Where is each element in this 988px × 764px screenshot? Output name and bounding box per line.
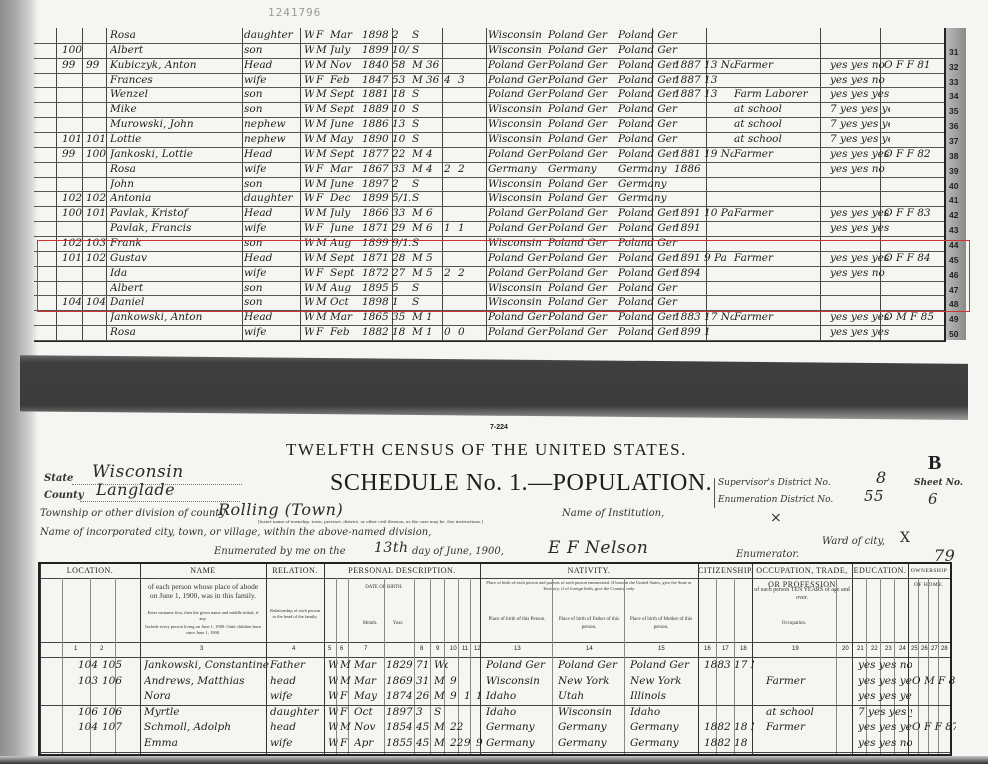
cell-age: 10/12	[392, 44, 410, 56]
cell-sex: M	[316, 207, 328, 219]
cell-immigration: 1886	[674, 163, 734, 175]
cell-relation: son	[244, 103, 298, 115]
column-number: 2	[100, 646, 103, 652]
cell-name: Andrews, Matthias	[144, 675, 274, 687]
cell-age: 29	[392, 222, 410, 234]
census-row: 100AlbertsonWMJuly189910/12SWisconsinPol…	[34, 43, 944, 59]
ward-value: X	[900, 530, 910, 546]
cell-year: 1866	[362, 207, 390, 219]
cell-mother-birthplace: Illinois	[630, 690, 700, 702]
cell-marital: S	[412, 192, 424, 204]
line-number: 39	[949, 166, 958, 176]
cell-year: 1899	[362, 192, 390, 204]
cell-month: June	[330, 118, 360, 130]
cell-occupation: at school	[734, 133, 824, 145]
header-location: LOCATION.	[40, 564, 140, 579]
line-number: 47	[949, 285, 958, 295]
cell-age: 2	[392, 29, 410, 41]
column-number: 21	[857, 646, 864, 652]
cell-year: 1855	[386, 737, 414, 749]
cell-home: O F F 87	[912, 721, 956, 733]
cell-marital: M	[412, 267, 424, 279]
line-number: 34	[949, 91, 958, 101]
cell-father-birthplace: Germany	[548, 163, 626, 175]
cell-relation: son	[244, 44, 298, 56]
cell-age: 22	[392, 148, 410, 160]
cell-relation: son	[244, 296, 298, 308]
cell-age: 18	[392, 326, 410, 338]
cell-color: W	[304, 29, 314, 41]
cell-relation: daughter	[244, 29, 298, 41]
cell-age: 31	[416, 675, 432, 687]
header-citizenship: CITIZENSHIP.	[698, 564, 752, 579]
cell-month: July	[330, 44, 360, 56]
supervisor-value: 8	[876, 468, 887, 487]
cell-color: W	[304, 74, 314, 86]
cell-literacy: yes yes yes	[858, 721, 912, 733]
census-row: 102103FranksonWMAug18999/12SWisconsinPol…	[34, 236, 944, 252]
cell-name: Albert	[110, 44, 240, 56]
cell-dwelling: 102	[62, 237, 82, 249]
cell-children-living: 2	[458, 163, 470, 175]
census-row: NorawifeWFMay187426M911IdahoUtahIllinois…	[40, 689, 950, 706]
census-document-page: 1241796 RosadaughterWFMar18982SWisconsin…	[0, 0, 988, 764]
line-number: 41	[949, 195, 958, 205]
month-label: Month.	[356, 620, 384, 628]
line-number: 42	[949, 210, 958, 220]
cell-literacy: yes yes no	[830, 74, 890, 86]
cell-name: Nora	[144, 690, 274, 702]
cell-color: W	[328, 659, 338, 671]
cell-children-living: 0	[458, 326, 470, 338]
cell-age: 5/12	[392, 192, 410, 204]
cell-month: Feb	[330, 326, 360, 338]
cell-occupation: Farmer	[734, 207, 824, 219]
column-number: 1	[74, 646, 77, 652]
cell-family: 104	[86, 296, 106, 308]
cell-sex: F	[316, 74, 328, 86]
cell-marital: M	[434, 675, 448, 687]
cell-sex: M	[316, 282, 328, 294]
cell-mother-birthplace: Poland Ger	[618, 29, 696, 41]
cell-month: May	[330, 133, 360, 145]
cell-year: 1898	[362, 296, 390, 308]
cell-sex: M	[316, 252, 328, 264]
cell-immigration: 1887 13	[674, 88, 734, 100]
cell-literacy: yes yes yes	[830, 222, 890, 234]
cell-children-living: 1	[458, 222, 470, 234]
line-number: 50	[949, 329, 958, 339]
line-number: 31	[949, 47, 958, 57]
cell-age: 28	[392, 252, 410, 264]
cell-sex: M	[316, 59, 328, 71]
cell-color: W	[304, 252, 314, 264]
cell-relation: wife	[270, 690, 326, 702]
cell-year: 1899	[362, 237, 390, 249]
cell-sex: F	[340, 706, 352, 718]
cell-month: Sept	[330, 267, 360, 279]
cell-literacy: yes yes no	[830, 163, 890, 175]
cell-age: 27	[392, 267, 410, 279]
cell-age: 9/12	[392, 237, 410, 249]
cell-dwelling: 102	[62, 192, 82, 204]
column-number: 5	[328, 646, 331, 652]
cell-year: 1871	[362, 222, 390, 234]
cell-month: Sept	[330, 88, 360, 100]
cell-year: 1897	[386, 706, 414, 718]
cell-father-birthplace: Poland Ger	[548, 44, 626, 56]
cell-yrs-married: 22	[450, 721, 464, 733]
cell-home: O F F 82	[884, 148, 944, 160]
cell-home: O F F 84	[884, 252, 944, 264]
enumerated-suffix: day of June, 1900,	[412, 546, 504, 557]
cell-month: Nov	[354, 721, 384, 733]
cell-name: Mike	[110, 103, 240, 115]
line-number-strip: 3132333435363738394041424344454647484950	[946, 28, 966, 340]
cell-name: Rosa	[110, 163, 240, 175]
cell-month: Aug	[330, 237, 360, 249]
cell-year: 1865	[362, 311, 390, 323]
census-row: 104104DanielsonWMOct18981SWisconsinPolan…	[34, 295, 944, 311]
cell-year: 1890	[362, 133, 390, 145]
cell-marital: S	[412, 118, 424, 130]
cell-sex: M	[316, 148, 328, 160]
cell-sex: F	[316, 326, 328, 338]
cell-immigration: 1899 1	[674, 326, 734, 338]
cell-relation: daughter	[270, 706, 326, 718]
cell-age: 26	[416, 690, 432, 702]
schedule-title: SCHEDULE No. 1.—POPULATION.	[330, 470, 712, 497]
cell-year: 1867	[362, 163, 390, 175]
cell-occupation: at school	[734, 103, 824, 115]
cell-color: W	[304, 163, 314, 175]
cell-year: 1869	[386, 675, 414, 687]
cell-yrs-married: 4	[426, 148, 440, 160]
cell-father-birthplace: Poland Ger	[548, 133, 626, 145]
cell-immigration: 1894	[674, 267, 734, 279]
cell-marital: S	[412, 178, 424, 190]
cell-color: W	[304, 103, 314, 115]
cell-marital: M	[412, 59, 424, 71]
cell-yrs-married: 4	[426, 163, 440, 175]
cell-year: 1889	[362, 103, 390, 115]
cell-name: Pavlak, Kristof	[110, 207, 240, 219]
cell-relation: wife	[244, 326, 298, 338]
cell-color: W	[304, 59, 314, 71]
cell-relation: son	[244, 178, 298, 190]
cell-children-born: 2	[444, 163, 456, 175]
cell-month: Mar	[330, 163, 360, 175]
cell-birthplace: Wisconsin	[486, 675, 556, 687]
cell-marital: M	[412, 207, 424, 219]
cell-dwelling: 99	[62, 148, 82, 160]
township-note: [Insert name of township, town, precinct…	[258, 519, 483, 524]
cell-father-birthplace: Poland Ger	[548, 311, 626, 323]
cell-dwelling: 99	[62, 59, 82, 71]
cell-literacy: yes yes no	[858, 737, 912, 749]
cell-sex: M	[316, 296, 328, 308]
census-row: 104107Schmoll, AdolphheadWMNov185445M22G…	[40, 720, 950, 736]
cell-family: 107	[102, 721, 126, 733]
header-name: NAME	[140, 564, 266, 579]
cell-name: Jankowski, Anton	[110, 311, 240, 323]
cell-relation: son	[244, 282, 298, 294]
cell-family: 105	[102, 659, 126, 671]
cell-father-birthplace: Poland Ger	[548, 74, 626, 86]
cell-yrs-married: 9	[450, 690, 464, 702]
cell-sex: M	[316, 44, 328, 56]
cell-occupation: Farmer	[766, 721, 846, 733]
cell-marital: M	[434, 690, 448, 702]
cell-age: 10	[392, 103, 410, 115]
cell-immigration: 1882 18	[704, 737, 754, 749]
cell-family: 102	[86, 192, 106, 204]
cell-color: W	[328, 721, 338, 733]
stamp-number: 1241796	[268, 6, 321, 19]
cell-father-birthplace: Utah	[558, 690, 628, 702]
cell-name: Albert	[110, 282, 240, 294]
cell-family: 103	[86, 237, 106, 249]
cell-children-born: 1	[444, 222, 456, 234]
cell-children-born: 1	[464, 690, 476, 702]
cell-age: 33	[392, 207, 410, 219]
column-number: 17	[722, 646, 729, 652]
cell-mother-birthplace: Poland Ger	[618, 103, 696, 115]
census-row: RosawifeWFMar186733M422GermanyGermanyGer…	[34, 162, 944, 178]
cell-color: W	[304, 326, 314, 338]
cell-birthplace: Idaho	[486, 690, 556, 702]
cell-sex: M	[316, 118, 328, 130]
cell-marital: M	[412, 163, 424, 175]
cell-home: O M F 86	[912, 675, 956, 687]
cell-father-birthplace: Poland Ger	[548, 103, 626, 115]
cell-mother-birthplace: Poland Ger	[630, 659, 700, 671]
column-number: 20	[842, 646, 849, 652]
cell-month: Mar	[330, 29, 360, 41]
line-number: 48	[949, 299, 958, 309]
county-value: Langlade	[96, 480, 175, 499]
cell-age: 35	[392, 311, 410, 323]
cell-color: W	[304, 311, 314, 323]
line-number: 40	[949, 181, 958, 191]
cell-yrs-married: 6	[426, 207, 440, 219]
cell-marital: M	[434, 721, 448, 733]
cell-family: 100	[86, 148, 106, 160]
cell-sex: M	[340, 721, 352, 733]
enumeration-value: 55	[864, 487, 884, 505]
cell-occupation: Farmer	[734, 252, 824, 264]
cell-literacy: 7 yes yes yes	[858, 706, 912, 718]
cell-literacy: 7 yes yes yes	[830, 118, 890, 130]
name-instruction-2: Include every person living on June 1, 1…	[144, 624, 262, 636]
name-instruction-1: Enter surname first, then the given name…	[144, 610, 262, 622]
lower-sheet-table: LOCATION. NAME RELATION. PERSONAL DESCRI…	[38, 562, 952, 756]
cell-marital: M	[412, 311, 424, 323]
header-ownership: OWNERSHIP OF HOME.	[908, 564, 950, 579]
cell-birthplace: Germany	[486, 737, 556, 749]
cell-month: Mar	[330, 311, 360, 323]
cell-father-birthplace: Poland Ger	[548, 222, 626, 234]
cell-relation: Father	[270, 659, 326, 671]
cell-literacy: yes yes no	[830, 59, 890, 71]
cell-name: Schmoll, Adolph	[144, 721, 274, 733]
cell-relation: Head	[244, 59, 298, 71]
column-number: 3	[200, 646, 203, 652]
cell-name: Emma	[144, 737, 274, 749]
cell-marital: S	[412, 237, 424, 249]
cell-color: W	[304, 118, 314, 130]
cell-year: 1874	[386, 690, 414, 702]
cell-family: 102	[86, 252, 106, 264]
cell-family: 101	[86, 207, 106, 219]
cell-dwelling: 100	[62, 207, 82, 219]
cell-father-birthplace: Poland Ger	[548, 118, 626, 130]
cell-family: 106	[102, 675, 126, 687]
census-row: Pavlak, FranciswifeWFJune187129M611Polan…	[34, 221, 944, 237]
name-description: of each person whose place of abode on J…	[144, 582, 262, 600]
cell-name: Gustav	[110, 252, 240, 264]
institution-label: Name of Institution,	[562, 508, 664, 519]
cell-color: W	[304, 296, 314, 308]
birth-mother-label: Place of birth of Mother of this person.	[628, 616, 694, 632]
census-row: 99100Jankoski, LottieHeadWMSept187722M4P…	[34, 147, 944, 163]
cell-month: July	[330, 207, 360, 219]
cell-sex: F	[340, 690, 352, 702]
cell-occupation: at school	[766, 706, 846, 718]
cell-relation: Head	[244, 252, 298, 264]
cell-color: W	[328, 690, 338, 702]
line-number: 35	[949, 106, 958, 116]
cell-age: 5	[392, 282, 410, 294]
cell-month: Mar	[354, 675, 384, 687]
census-row: 101101LottienephewWMMay189010SWisconsinP…	[34, 132, 944, 148]
upper-sheet-table: RosadaughterWFMar18982SWisconsinPoland G…	[34, 28, 946, 342]
city-label: Name of incorporated city, town, or vill…	[40, 527, 431, 538]
cross-mark: ×	[770, 510, 782, 526]
cell-mother-birthplace: Idaho	[630, 706, 700, 718]
column-number: 14	[586, 646, 593, 652]
sheet-label: Sheet No.	[914, 478, 963, 488]
cell-relation: son	[244, 88, 298, 100]
column-number: 6	[340, 646, 343, 652]
cell-color: W	[304, 237, 314, 249]
census-row: MikesonWMSept188910SWisconsinPoland GerP…	[34, 102, 944, 118]
cell-father-birthplace: Poland Ger	[548, 252, 626, 264]
cell-literacy: yes yes yes	[830, 207, 890, 219]
cell-dwelling: 103	[78, 675, 102, 687]
column-number: 28	[941, 646, 948, 652]
column-number: 25	[911, 646, 918, 652]
cell-name: Frank	[110, 237, 240, 249]
cell-sex: F	[316, 267, 328, 279]
cell-year: 1872	[362, 267, 390, 279]
cell-sex: M	[316, 88, 328, 100]
cell-father-birthplace: Germany	[558, 737, 628, 749]
cell-month: Nov	[330, 59, 360, 71]
cell-color: W	[304, 44, 314, 56]
cell-color: W	[304, 133, 314, 145]
cell-name: Wenzel	[110, 88, 240, 100]
cell-relation: Head	[244, 311, 298, 323]
cell-children-living: 2	[458, 267, 470, 279]
column-number: 9	[436, 646, 439, 652]
cell-name: Rosa	[110, 326, 240, 338]
cell-occupation: Farm Laborer	[734, 88, 824, 100]
cell-color: W	[304, 148, 314, 160]
line-number: 49	[949, 314, 958, 324]
enumerated-prefix: Enumerated by me on the	[214, 546, 346, 557]
cell-immigration: 1882 18 Na	[704, 721, 754, 733]
cell-occupation: Farmer	[734, 59, 824, 71]
cell-month: June	[330, 222, 360, 234]
cell-marital: S	[412, 103, 424, 115]
cell-marital: M	[412, 252, 424, 264]
cell-relation: wife	[244, 267, 298, 279]
census-row: EmmawifeWFApr185545M2299GermanyGermanyGe…	[40, 736, 950, 753]
cell-father-birthplace: Poland Ger	[548, 148, 626, 160]
header-nativity: NATIVITY.	[480, 564, 698, 579]
cell-dwelling: 106	[78, 706, 102, 718]
cell-occupation: Farmer	[734, 148, 824, 160]
cell-age: 13	[392, 118, 410, 130]
cell-year: 1897	[362, 178, 390, 190]
census-row: 9999Kubiczyk, AntonHeadWMNov184058M36Pol…	[34, 58, 944, 74]
cell-yrs-married: 9	[450, 675, 464, 687]
cell-literacy: yes yes yes	[858, 690, 912, 702]
cell-sex: M	[340, 675, 352, 687]
census-row: AlbertsonWMAug18955SWisconsinPoland GerP…	[34, 281, 944, 297]
cell-home: O F F 81	[884, 59, 944, 71]
cell-name: Murowski, John	[110, 118, 240, 130]
cell-father-birthplace: Poland Ger	[558, 659, 628, 671]
supervisor-label: Supervisor's District No.	[718, 478, 831, 488]
cell-birthplace: Germany	[486, 721, 556, 733]
cell-father-birthplace: New York	[558, 675, 628, 687]
township-value: Rolling (Town)	[218, 500, 343, 519]
cell-sex: M	[340, 659, 352, 671]
cell-year: 1898	[362, 29, 390, 41]
column-number: 11	[462, 646, 468, 652]
cell-literacy: yes yes yes	[830, 326, 890, 338]
cell-month: Dec	[330, 192, 360, 204]
cell-year: 1854	[386, 721, 414, 733]
cell-month: Sept	[330, 103, 360, 115]
cell-literacy: 7 yes yes yes	[830, 103, 890, 115]
cell-sex: F	[340, 737, 352, 749]
cell-color: W	[304, 207, 314, 219]
cell-family: 106	[102, 706, 126, 718]
cell-marital: S	[412, 29, 424, 41]
cell-immigration: 1883 17 Na	[674, 311, 734, 323]
cell-month: Mar	[354, 659, 384, 671]
cell-relation: wife	[244, 163, 298, 175]
enumerator-name: E F Nelson	[548, 538, 648, 558]
column-number: 24	[899, 646, 906, 652]
cell-color: W	[304, 192, 314, 204]
cell-sex: F	[316, 192, 328, 204]
cell-dwelling: 100	[62, 44, 82, 56]
cell-father-birthplace: Poland Ger	[548, 88, 626, 100]
cell-name: Pavlak, Francis	[110, 222, 240, 234]
census-row: RosadaughterWFMar18982SWisconsinPoland G…	[34, 28, 944, 44]
cell-marital: M	[434, 737, 448, 749]
line-number: 38	[949, 151, 958, 161]
cell-marital: M	[412, 74, 424, 86]
cell-relation: head	[270, 675, 326, 687]
ward-label: Ward of city,	[822, 536, 885, 547]
cell-father-birthplace: Poland Ger	[548, 192, 626, 204]
cell-year: 1886	[362, 118, 390, 130]
